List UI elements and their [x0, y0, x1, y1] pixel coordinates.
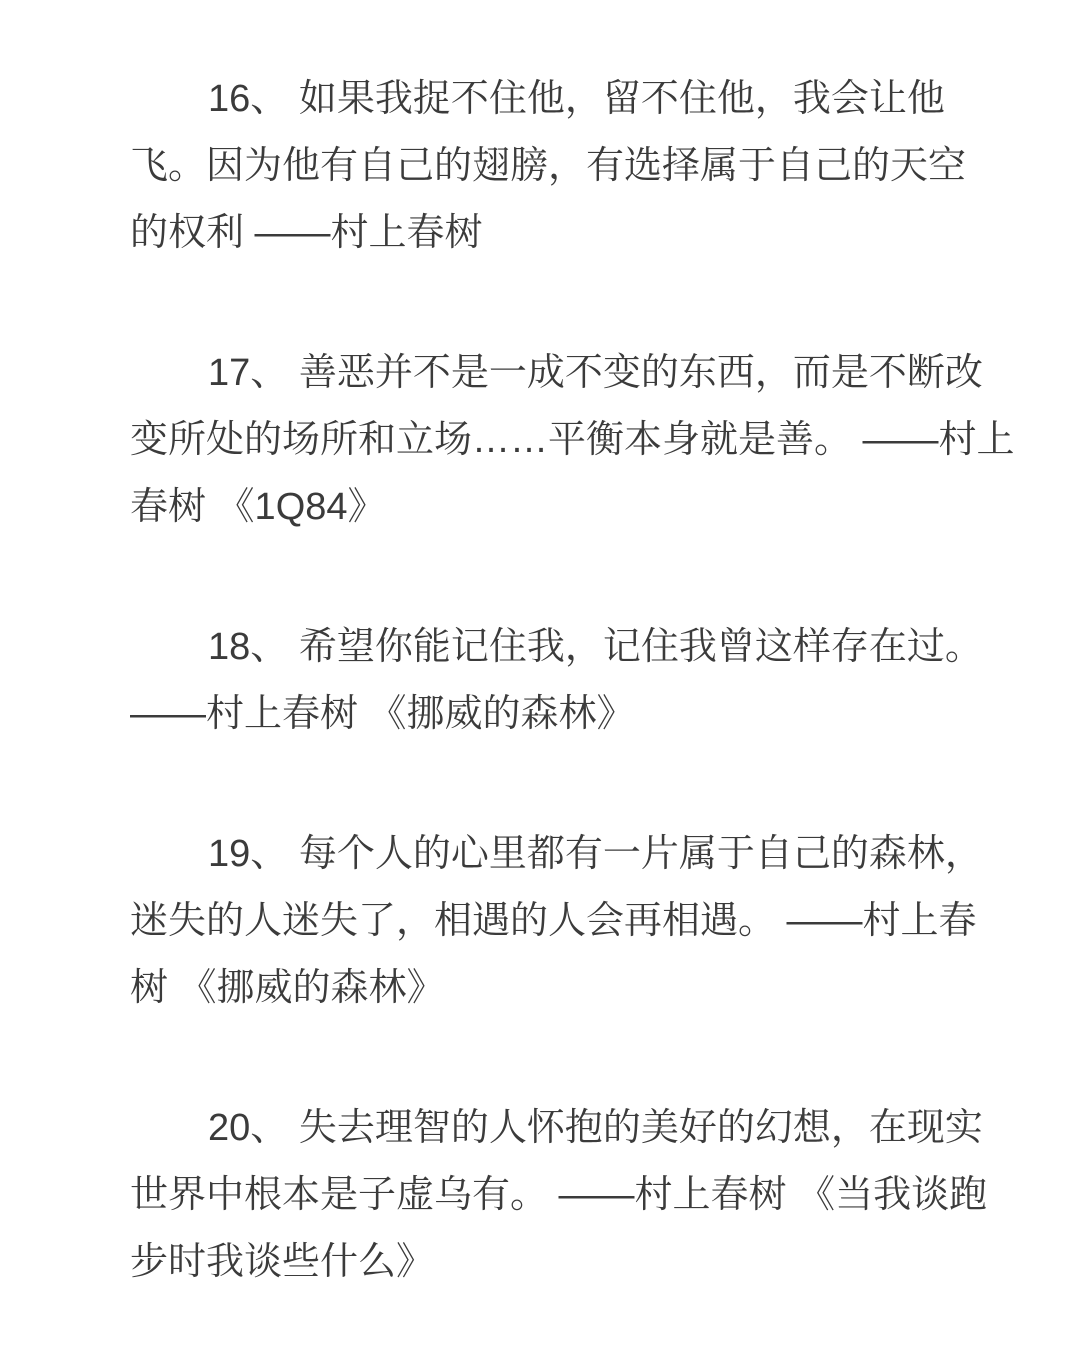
quote-16: 16、 如果我捉不住他，留不住他，我会让他 飞。因为他有自己的翅膀，有选择属于自…	[130, 66, 950, 267]
quote-line: 17、 善恶并不是一成不变的东西，而是不断改	[130, 340, 950, 407]
quote-line: 16、 如果我捉不住他，留不住他，我会让他	[130, 66, 950, 133]
quote-18: 18、 希望你能记住我，记住我曾这样存在过。 ——村上春树 《挪威的森林》	[130, 614, 950, 748]
quotes-page: 16、 如果我捉不住他，留不住他，我会让他 飞。因为他有自己的翅膀，有选择属于自…	[0, 0, 1080, 1348]
quote-line: 步时我谈些什么》	[130, 1229, 950, 1296]
quote-line: 变所处的场所和立场……平衡本身就是善。 ——村上	[130, 407, 950, 474]
quote-line: 世界中根本是子虚乌有。 ——村上春树 《当我谈跑	[130, 1162, 950, 1229]
quote-line: 春树 《1Q84》	[130, 474, 950, 541]
quote-line: 飞。因为他有自己的翅膀，有选择属于自己的天空	[130, 133, 950, 200]
quote-line: 树 《挪威的森林》	[130, 955, 950, 1022]
quote-line: 的权利 ——村上春树	[130, 200, 950, 267]
quote-20: 20、 失去理智的人怀抱的美好的幻想，在现实 世界中根本是子虚乌有。 ——村上春…	[130, 1095, 950, 1296]
quote-line: 20、 失去理智的人怀抱的美好的幻想，在现实	[130, 1095, 950, 1162]
quote-line: 迷失的人迷失了，相遇的人会再相遇。 ——村上春	[130, 888, 950, 955]
quote-line: 18、 希望你能记住我，记住我曾这样存在过。	[130, 614, 950, 681]
quote-17: 17、 善恶并不是一成不变的东西，而是不断改 变所处的场所和立场……平衡本身就是…	[130, 340, 950, 541]
quote-line: 19、 每个人的心里都有一片属于自己的森林，	[130, 821, 950, 888]
quote-19: 19、 每个人的心里都有一片属于自己的森林， 迷失的人迷失了，相遇的人会再相遇。…	[130, 821, 950, 1022]
quote-line: ——村上春树 《挪威的森林》	[130, 681, 950, 748]
